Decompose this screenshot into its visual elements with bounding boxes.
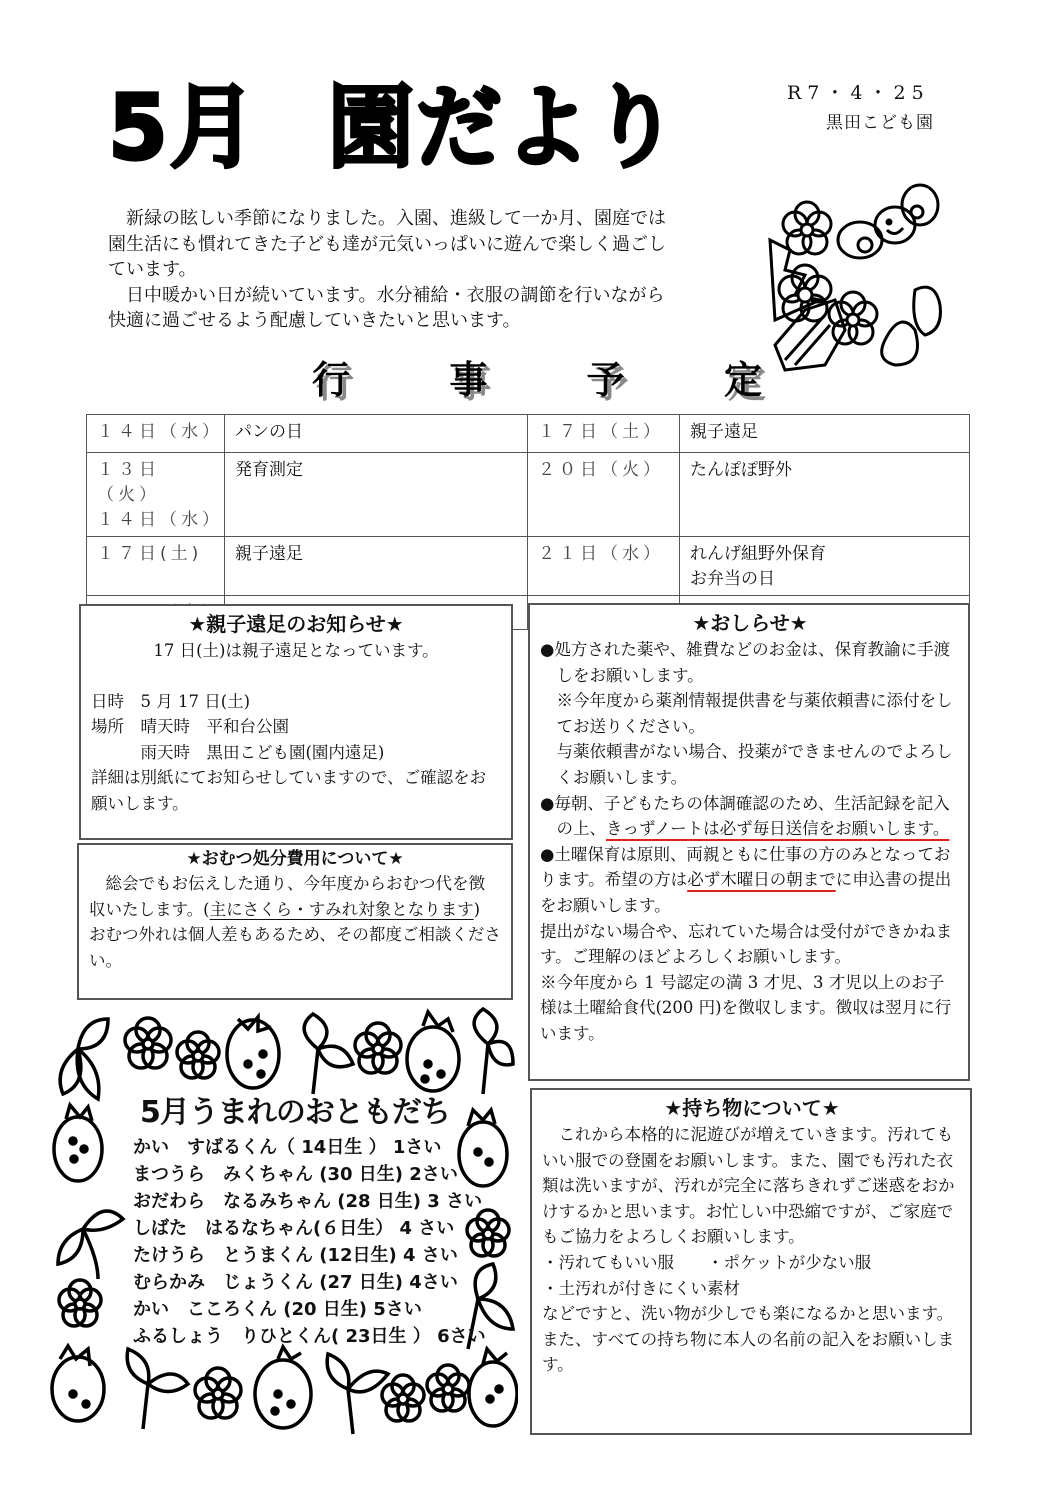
event-name: たんぽぽ野外	[680, 453, 970, 537]
belongings-title: ★持ち物について★	[542, 1094, 962, 1122]
diaper-notice-box: ★おむつ処分費用について★ 総会でもお伝えした通り、今年度からおむつ代を徴収いた…	[77, 843, 513, 1000]
belongings-box: ★持ち物について★ これから本格的に泥遊びが増えていきます。汚れてもいい服での登…	[530, 1088, 972, 1435]
table-row: １７日(土) 親子遠足 ２１日（水） れんげ組野外保育 お弁当の日	[87, 537, 970, 596]
diaper-notice-title: ★おむつ処分費用について★	[89, 847, 501, 871]
title-month: 5月	[108, 76, 258, 181]
belongings-item: ・土汚れが付きにくい素材	[542, 1276, 962, 1302]
notices-title: ★おしらせ★	[540, 609, 960, 637]
birthdays-title: 5月うまれのおともだち	[140, 1093, 450, 1133]
table-row: １４日（水） パンの日 １７日（土） 親子遠足	[87, 415, 970, 453]
list-item: まつうら みくちゃん (30 日生) 2さい	[133, 1161, 486, 1188]
birthdays-list: かい すばるくん（ 14日生 ） 1さい まつうら みくちゃん (30 日生) …	[133, 1134, 486, 1350]
notice-bullet: ●処方された薬や、雑費などのお金は、保育教諭に手渡しをお願いします。	[540, 637, 960, 688]
organization-name: 黒田こども園	[826, 108, 934, 133]
excursion-notice-box: ★親子遠足のお知らせ★ 17 日(土)は親子遠足となっています。 日時 5 月 …	[79, 604, 513, 840]
excursion-lead: 17 日(土)は親子遠足となっています。	[91, 638, 501, 664]
notice-underlined-text: 必ず木曜日の朝まで	[687, 870, 836, 889]
events-heading-char: 行	[312, 360, 350, 400]
events-heading: 行 事 予 定	[312, 360, 762, 400]
list-item: ふるしょう りひとくん( 23日生 ） 6さい	[133, 1323, 486, 1350]
list-item: しばた はるなちゃん(６日生） 4 さい	[133, 1215, 486, 1242]
title-main: 園だより	[328, 76, 680, 181]
notices-box: ★おしらせ★ ●処方された薬や、雑費などのお金は、保育教諭に手渡しをお願いします…	[528, 603, 970, 1081]
event-date: １７日(土)	[87, 537, 225, 596]
diaper-text-close: )	[474, 900, 480, 919]
event-date: １４日（水）	[87, 415, 225, 453]
event-name: 親子遠足	[225, 537, 528, 596]
place-label: 場所	[91, 717, 124, 736]
intro-text: 新緑の眩しい季節になりました。入園、進級して一か月、園庭では園生活にも慣れてきた…	[108, 206, 668, 334]
issue-date: R7・4・25	[787, 78, 930, 105]
event-name: 発育測定	[225, 453, 528, 537]
diaper-target-underlined: 主にさくら・すみれ対象となります	[210, 900, 474, 919]
datetime-label: 日時	[91, 692, 124, 711]
notice-text: 提出がない場合や、忘れていた場合は受付ができかねます。ご理解のほどよろしくお願い…	[540, 919, 960, 970]
list-item: おだわら なるみちゃん (28 日生) 3 さい	[133, 1188, 486, 1215]
event-date: ２１日（水）	[528, 537, 680, 596]
excursion-footer: 詳細は別紙にてお知らせしていますので、ご確認をお願いします。	[91, 765, 501, 816]
list-item: むらかみ じょうくん (27 日生) 4さい	[133, 1269, 486, 1296]
belongings-items: ・汚れてもいい服 ・ポケットが少ない服	[542, 1250, 962, 1276]
list-item: かい こころくん (20 日生) 5さい	[133, 1296, 486, 1323]
event-name: パンの日	[225, 415, 528, 453]
notice-bullet: ●毎朝、子どもたちの体調確認のため、生活記録を記入の上、きっずノートは必ず毎日送…	[540, 791, 960, 842]
rainy-label: 雨天時	[141, 743, 191, 762]
notice-note: 与薬依頼書がない場合、投薬ができませんのでよろしくお願いします。	[540, 739, 960, 790]
notice-note: ※今年度から薬剤情報提供書を与薬依頼書に添付をしてお送りください。	[540, 688, 960, 739]
sunny-place: 平和台公園	[207, 717, 290, 736]
diaper-text-2: おむつ外れは個人差もあるため、その都度ご相談ください。	[89, 922, 501, 973]
event-name: れんげ組野外保育 お弁当の日	[680, 537, 970, 596]
table-row: １３日（火） １４日（水） 発育測定 ２０日（火） たんぽぽ野外	[87, 453, 970, 537]
notice-bullet: ●土曜保育は原則、両親ともに仕事の方のみとなっております。希望の方は必ず木曜日の…	[540, 842, 960, 919]
excursion-notice-title: ★親子遠足のお知らせ★	[91, 610, 501, 638]
notice-underlined-text: きっずノートは必ず毎日送信をお願いします。	[606, 819, 949, 838]
notice-text: ※今年度から 1 号認定の満 3 才児、3 才児以上のお子様は土曜給食代(200…	[540, 970, 960, 1047]
intro-paragraph: 日中暖かい日が続いています。水分補給・衣服の調節を行いながら快適に過ごせるよう配…	[108, 283, 668, 334]
belongings-item: ・汚れてもいい服	[542, 1253, 674, 1272]
list-item: かい すばるくん（ 14日生 ） 1さい	[133, 1134, 486, 1161]
datetime-value: 5 月 17 日(土)	[141, 692, 251, 711]
event-name: 親子遠足	[680, 415, 970, 453]
intro-paragraph: 新緑の眩しい季節になりました。入園、進級して一か月、園庭では園生活にも慣れてきた…	[108, 206, 668, 283]
event-date: １７日（土）	[528, 415, 680, 453]
belongings-item: ・ポケットが少ない服	[707, 1253, 871, 1272]
belongings-closing: などですと、洗い物が少しでも楽になるかと思います。	[542, 1301, 962, 1327]
events-heading-char: 事	[449, 360, 487, 400]
page-title: 5月園だより	[108, 76, 680, 181]
sunny-label: 晴天時	[141, 717, 191, 736]
events-heading-char: 定	[724, 360, 762, 400]
events-table: １４日（水） パンの日 １７日（土） 親子遠足 １３日（火） １４日（水） 発育…	[86, 414, 970, 630]
events-heading-char: 予	[587, 360, 625, 400]
event-date: １３日（火） １４日（水）	[87, 453, 225, 537]
flower-bouquet-illustration	[765, 180, 945, 380]
rainy-place: 黒田こども園(園内遠足)	[207, 743, 385, 762]
belongings-closing: また、すべての持ち物に本人の名前の記入をお願いします。	[542, 1327, 962, 1378]
event-date: ２０日（火）	[528, 453, 680, 537]
belongings-paragraph: これから本格的に泥遊びが増えていきます。汚れてもいい服での登園をお願いします。ま…	[542, 1122, 962, 1250]
list-item: たけうら とうまくん (12日生) 4 さい	[133, 1242, 486, 1269]
